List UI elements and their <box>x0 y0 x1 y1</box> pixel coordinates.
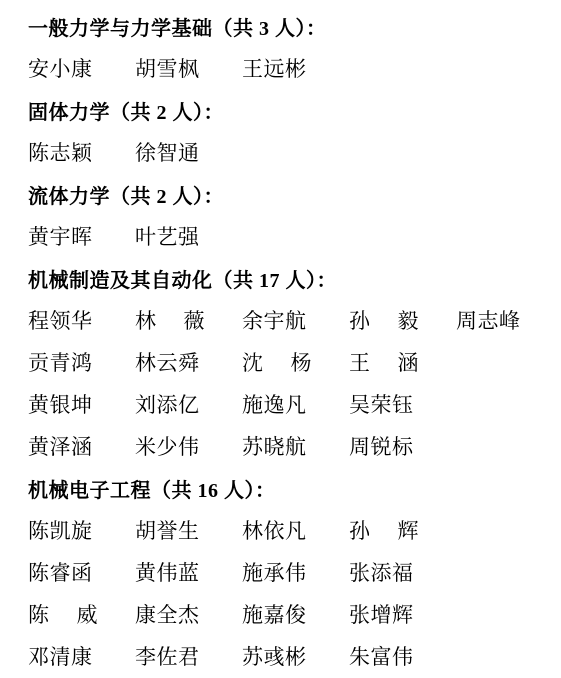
section-title: 机械制造及其自动化（共 17 人）： <box>28 257 561 299</box>
person-name: 施嘉俊 <box>242 599 349 629</box>
person-name: 陈威 <box>28 599 135 629</box>
section-title: 固体力学（共 2 人）： <box>28 89 561 131</box>
person-name: 林依凡 <box>242 515 349 545</box>
person-name: 黄宇晖 <box>28 221 135 251</box>
name-row: 陈凯旋胡誉生林依凡孙辉 <box>28 509 561 551</box>
person-name: 黄伟蓝 <box>135 557 242 587</box>
person-name: 苏彧彬 <box>242 641 349 671</box>
name-row: 黄宇晖叶艺强 <box>28 215 561 257</box>
section: 固体力学（共 2 人）： 陈志颖徐智通 <box>28 89 561 173</box>
person-name: 程领华 <box>28 305 135 335</box>
person-name: 陈睿函 <box>28 557 135 587</box>
person-name: 徐智通 <box>135 137 242 167</box>
person-name: 陈凯旋 <box>28 515 135 545</box>
person-name: 陈志颖 <box>28 137 135 167</box>
name-row: 程领华林薇余宇航孙毅周志峰 <box>28 299 561 341</box>
person-name: 康全杰 <box>135 599 242 629</box>
section: 一般力学与力学基础（共 3 人）： 安小康胡雪枫王远彬 <box>28 5 561 89</box>
person-name: 沈杨 <box>242 347 349 377</box>
person-name: 胡雪枫 <box>135 53 242 83</box>
section-rows: 黄宇晖叶艺强 <box>28 215 561 257</box>
sections: 一般力学与力学基础（共 3 人）： 安小康胡雪枫王远彬 固体力学（共 2 人）：… <box>28 5 561 677</box>
person-name: 贡青鸿 <box>28 347 135 377</box>
section-rows: 安小康胡雪枫王远彬 <box>28 47 561 89</box>
section-title: 机械电子工程（共 16 人）： <box>28 467 561 509</box>
person-name: 黄泽涵 <box>28 431 135 461</box>
person-name: 施逸凡 <box>242 389 349 419</box>
person-name: 米少伟 <box>135 431 242 461</box>
section-rows: 陈志颖徐智通 <box>28 131 561 173</box>
person-name: 朱富伟 <box>349 641 456 671</box>
person-name: 张添福 <box>349 557 456 587</box>
person-name: 安小康 <box>28 53 135 83</box>
person-name: 李佐君 <box>135 641 242 671</box>
name-row: 安小康胡雪枫王远彬 <box>28 47 561 89</box>
name-row: 贡青鸿林云舜沈杨王涵 <box>28 341 561 383</box>
person-name: 孙毅 <box>349 305 456 335</box>
section: 机械制造及其自动化（共 17 人）： 程领华林薇余宇航孙毅周志峰贡青鸿林云舜沈杨… <box>28 257 561 467</box>
person-name: 苏晓航 <box>242 431 349 461</box>
person-name: 吴荣钰 <box>349 389 456 419</box>
person-name: 施承伟 <box>242 557 349 587</box>
section-title: 流体力学（共 2 人）： <box>28 173 561 215</box>
person-name: 张增辉 <box>349 599 456 629</box>
section-rows: 陈凯旋胡誉生林依凡孙辉陈睿函黄伟蓝施承伟张添福陈威康全杰施嘉俊张增辉邓清康李佐君… <box>28 509 561 677</box>
name-row: 陈志颖徐智通 <box>28 131 561 173</box>
person-name: 周锐标 <box>349 431 456 461</box>
section-rows: 程领华林薇余宇航孙毅周志峰贡青鸿林云舜沈杨王涵黄银坤刘添亿施逸凡吴荣钰黄泽涵米少… <box>28 299 561 467</box>
person-name: 王涵 <box>349 347 456 377</box>
person-name: 孙辉 <box>349 515 456 545</box>
person-name: 余宇航 <box>242 305 349 335</box>
person-name: 刘添亿 <box>135 389 242 419</box>
person-name: 胡誉生 <box>135 515 242 545</box>
name-row: 陈威康全杰施嘉俊张增辉 <box>28 593 561 635</box>
name-row: 黄泽涵米少伟苏晓航周锐标 <box>28 425 561 467</box>
person-name: 王远彬 <box>242 53 349 83</box>
name-row: 邓清康李佐君苏彧彬朱富伟 <box>28 635 561 677</box>
name-row: 黄银坤刘添亿施逸凡吴荣钰 <box>28 383 561 425</box>
person-name: 周志峰 <box>456 305 561 335</box>
section: 机械电子工程（共 16 人）： 陈凯旋胡誉生林依凡孙辉陈睿函黄伟蓝施承伟张添福陈… <box>28 467 561 677</box>
section-title: 一般力学与力学基础（共 3 人）： <box>28 5 561 47</box>
section: 流体力学（共 2 人）： 黄宇晖叶艺强 <box>28 173 561 257</box>
name-row: 陈睿函黄伟蓝施承伟张添福 <box>28 551 561 593</box>
person-name: 叶艺强 <box>135 221 242 251</box>
person-name: 林云舜 <box>135 347 242 377</box>
person-name: 邓清康 <box>28 641 135 671</box>
document-page: 一般力学与力学基础（共 3 人）： 安小康胡雪枫王远彬 固体力学（共 2 人）：… <box>0 0 561 678</box>
person-name: 林薇 <box>135 305 242 335</box>
person-name: 黄银坤 <box>28 389 135 419</box>
